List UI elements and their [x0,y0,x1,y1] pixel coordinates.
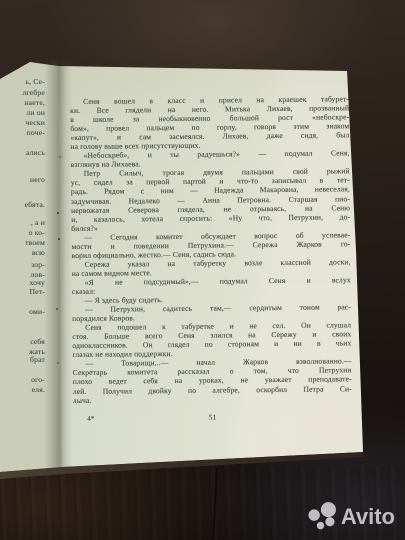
left-fragment: поче- [0,129,45,137]
left-fragment: о ко- [0,229,45,237]
gutter-specks [57,212,59,214]
page-number: 51 [73,411,352,423]
left-fragment: Пет- [0,288,45,296]
left-fragment: еля. [0,386,45,394]
left-fragment: всю [0,249,45,257]
left-fragment: , а и [0,219,45,227]
left-fragment: себя [0,338,45,346]
right-page-text-block: Сеня вошел в класс и присел на краешек т… [70,94,352,423]
left-fragment: ли он [0,109,45,117]
left-fragment: чески [0,119,45,127]
left-fragment: лгебре [0,89,45,97]
left-fragment: наете, [0,99,45,107]
avito-watermark: Avito [308,502,395,531]
avito-logo-dots-icon [308,502,337,531]
left-fragment: брат [0,356,45,364]
left-fragment: ебята. [0,201,45,209]
book-photo: ь, Се- лгебре наете, ли он чески поче- а… [0,0,405,540]
book-gutter-shadow [44,60,72,470]
avito-wordmark: Avito [341,506,395,528]
left-fragment: ого- [0,376,45,384]
left-fragment: зор- [0,261,45,269]
left-fragment: оми- [0,308,45,316]
left-fragment: твоем [0,239,45,247]
left-fragment: ь, Се- [0,78,45,86]
left-fragment: него [0,176,45,184]
left-fragment: хочу [0,279,45,287]
left-fragment: ались [0,149,45,157]
